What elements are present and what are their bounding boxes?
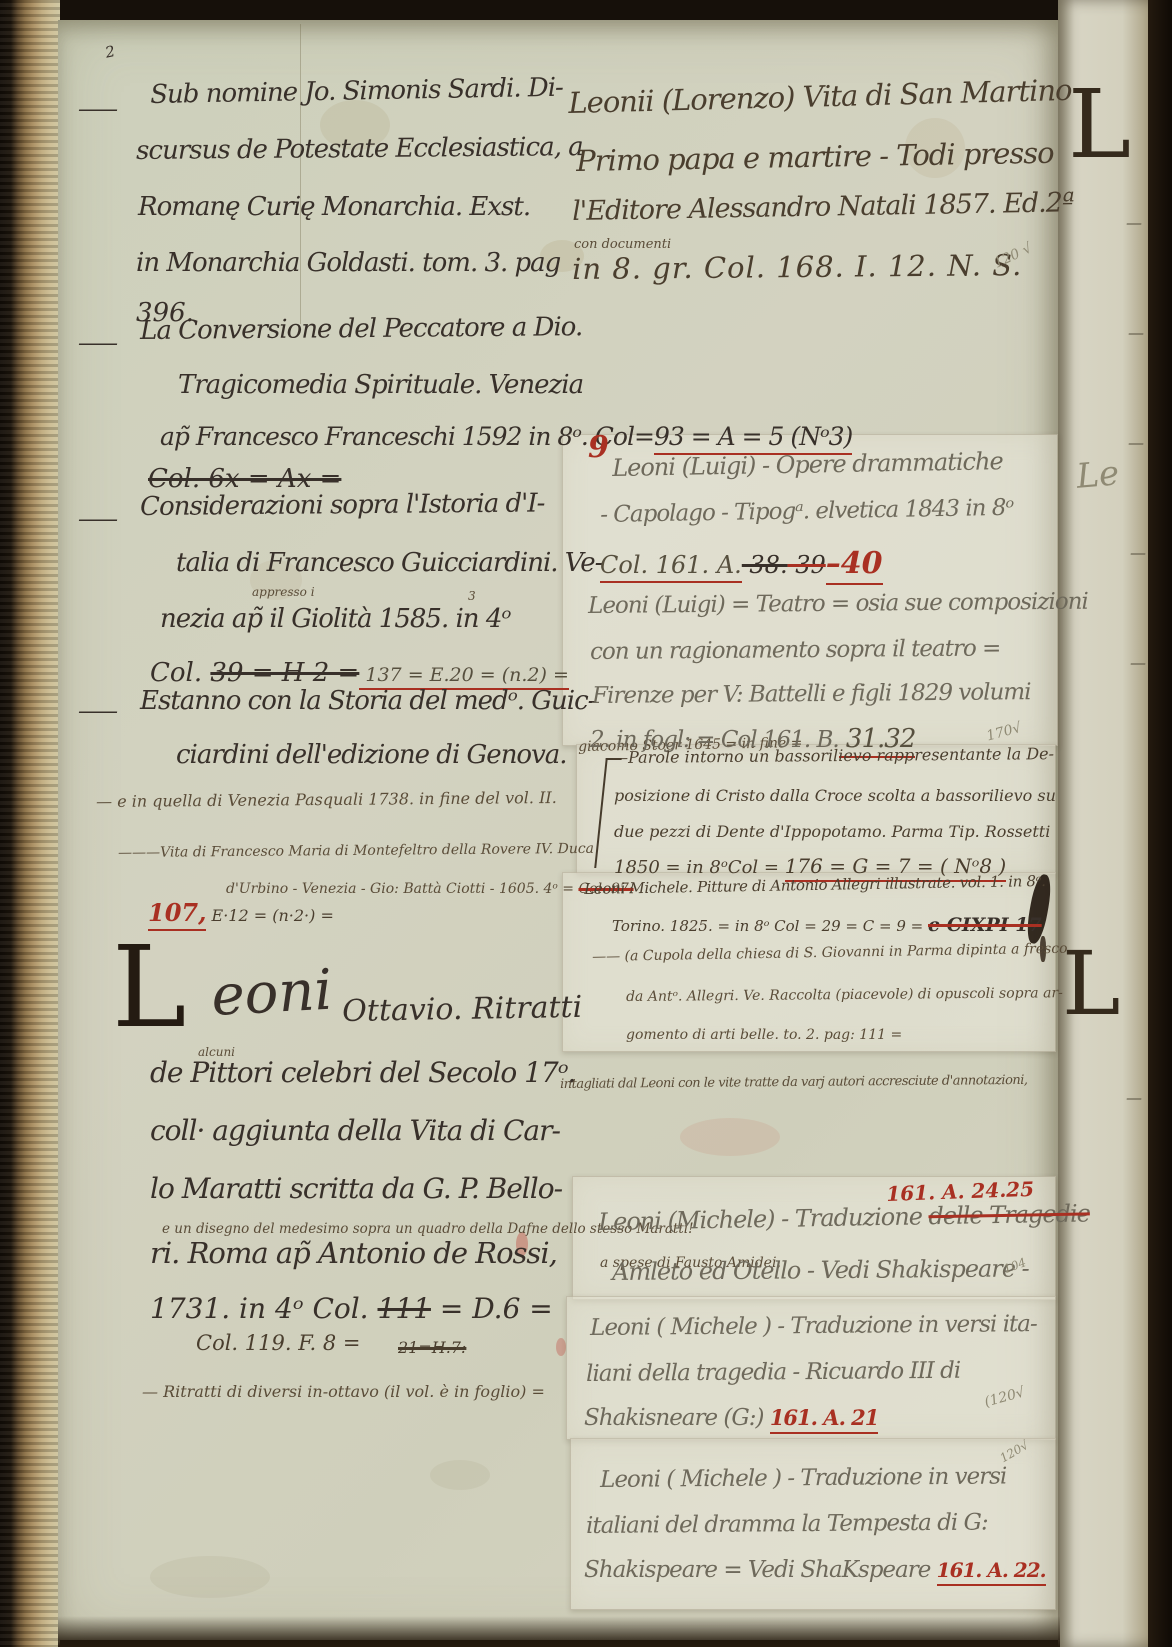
entry-michele-tempesta-shelfmarks-segment: 161. A. 22. (937, 1558, 1046, 1586)
entry-michele-ricardo-line: Leoni ( Michele ) - Traduzione in versi … (590, 1312, 1037, 1340)
entry-michele-tempesta-line: italiani del dramma la Tempesta di G: (586, 1510, 988, 1538)
entry-michele-tempesta-line: Leoni ( Michele ) - Traduzione in versi (600, 1464, 1006, 1492)
adjacent-page-scribble: Le (1075, 456, 1121, 495)
entry-parole-line: due pezzi di Dente d'Ippopotamo. Parma T… (614, 824, 1050, 841)
entry-michele-pitture-shelfmarks: Torino. 1825. = in 8ᵒ Col = 29 = C = 9 =… (612, 916, 1042, 936)
book-gutter (1148, 0, 1172, 1647)
entry-ottavio-shelfmarks-segment: 1731. in 4ᵒ Col. (150, 1292, 378, 1325)
entry-considerazioni-shelfmarks-segment: 39 = H 2 = (210, 658, 359, 688)
entry-ottavio-line: de Pittori celebri del Secolo 17ᵒ. (150, 1058, 575, 1087)
entry-vita-montefeltro-line: d'Urbino - Venezia - Gio: Battà Ciotti -… (226, 882, 634, 897)
entry-ottavio-line: lo Maratti scritta da G. P. Bello- (150, 1174, 562, 1203)
interlinear-note: con documenti (574, 238, 671, 252)
entry-dash: —— (78, 332, 114, 355)
entry-considerazioni-shelfmarks: Col. 39 = H 2 = 137 = E.20 = (n.2) = (150, 660, 569, 687)
entry-michele-ricardo-line: liani della tragedia - Ricuardo III di (586, 1359, 960, 1386)
entry-ottavio-shelfmarks: Col. 119. F. 8 = (196, 1332, 361, 1354)
adjacent-page-initial: L (1062, 938, 1120, 1030)
entry-considerazioni-line: talia di Francesco Guicciardini. Ve- (176, 550, 602, 577)
adjacent-page-tick: — (1130, 655, 1146, 672)
entry-estanno-line: Estanno con la Storia del medᵒ. Guic- (140, 688, 595, 715)
entry-cupola-line: gomento di arti belle. to. 2. pag: 111 = (626, 1028, 902, 1043)
entry-parole-line: posizione di Cristo dalla Croce scolta a… (614, 788, 1056, 805)
entry-conversione-line: ap̃ Francesco Franceschi 1592 in 8ᵒ. Col… (160, 424, 852, 450)
heading-leoni: eoni (210, 962, 334, 1027)
red-shelfmark-107-segment: E·12 = (n·2·) = (206, 906, 333, 925)
entry-lorenzo-line: Primo papa e martire - Todi presso (576, 138, 1054, 177)
entry-ritratti-diversi: — Ritratti di diversi in-ottavo (il vol.… (142, 1384, 545, 1401)
adjacent-page-tick: — (1130, 545, 1146, 562)
cancelled-shelfmark: 21=H.7: (398, 1340, 466, 1357)
entry-ottavio-line: ri. Roma ap̃ Antonio de Rossi, (150, 1238, 557, 1268)
paper-crease (300, 24, 301, 324)
entry-ottavio-shelfmarks-segment: = D.6 = (431, 1292, 553, 1325)
adjacent-page-initial: L (1068, 76, 1131, 176)
entry-considerazioni-line: Considerazioni sopra l'Istoria d'I- (140, 490, 545, 521)
entry-michele-tempesta-shelfmarks: Shakispeare = Vedi ShaKspeare 161. A. 22… (584, 1558, 1046, 1582)
entry-considerazioni-line: nezia ap̃ il Giolità 1585. in 4ᵒ (160, 606, 510, 633)
adjacent-page-tick: — (1128, 325, 1144, 342)
adjacent-page-tick: — (1126, 1090, 1142, 1107)
drop-cap-L: L (112, 930, 186, 1048)
entry-dash: —— (78, 700, 114, 723)
entry-ottavio-line: coll· aggiunta della Vita di Car- (150, 1116, 560, 1145)
entry-dash: —— (78, 508, 114, 531)
adjacent-page-sliver (1058, 0, 1150, 1647)
paper-stain (150, 1556, 270, 1598)
entry-michele-ricardo-shelfmarks-segment: Shakisneare (G:) (584, 1405, 770, 1431)
manuscript-scan: 2——Sub nomine Jo. Simonis Sardi. Di-scur… (0, 0, 1172, 1647)
entry-luigi-opere-shelfmarks-segment: 38. (742, 551, 788, 579)
interlinear-note: appresso i (252, 586, 315, 599)
page-bottom-shadow (58, 1616, 1060, 1647)
entry-michele-tragedie-line-segment: delle Tragedie (928, 1199, 1090, 1230)
entry-michele-ricardo-shelfmarks-segment: 161. A. 21 (770, 1405, 879, 1434)
entry-conversione-line: La Conversione del Peccatore a Dio. (140, 314, 582, 345)
paper-stain (556, 1338, 566, 1356)
adjacent-page-tick: — (1126, 215, 1142, 232)
entry-conversione-line-segment: ap̃ Francesco Franceschi 1592 in 8ᵒ. Col… (160, 422, 654, 451)
entry-parole-line: —Parole intorno un bassorilievo rapprese… (612, 746, 1054, 767)
entry-michele-tempesta-shelfmarks-segment: Shakispeare = Vedi ShaKspeare (584, 1557, 937, 1583)
interlinear-note: 3 (468, 590, 476, 603)
entry-luigi-opere-shelfmarks: Col. 161. A. 38. 39–40 (600, 548, 883, 580)
heading-ottavio: Ottavio. Ritratti (342, 992, 582, 1028)
entry-luigi-opere-shelfmarks-segment: 39 (788, 551, 826, 579)
entry-vita-montefeltro-line-segment: d'Urbino - Venezia - Gio: Battà Ciotti -… (226, 881, 578, 897)
entry-sardi-line: Romanę Curię Monarchia. Exst. (138, 194, 530, 221)
entry-parole-shelfmarks-segment: 1850 = in 8ᵒCol = (614, 857, 785, 878)
entry-estanno-line: ciardini dell'edizione di Genova. (176, 742, 567, 769)
entry-luigi-teatro-line: Leoni (Luigi) = Teatro = osia sue compos… (588, 590, 1088, 619)
entry-ottavio-shelfmarks-segment: 111 (378, 1292, 431, 1325)
entry-luigi-teatro-line: Firenze per V: Battelli e figli 1829 vol… (592, 680, 1031, 708)
entry-michele-tragedie-line-segment: Leoni (Michele) - Traduzione (598, 1202, 929, 1236)
entry-sardi-line: in Monarchia Goldasti. tom. 3. pag (136, 250, 560, 277)
entry-luigi-opere-shelfmarks-segment: Col. 161. A. (600, 551, 742, 583)
entry-luigi-teatro-line: con un ragionamento sopra il teatro = (590, 636, 1000, 664)
entry-dash: —— (78, 98, 114, 121)
entry-lorenzo-line: in 8. gr. Col. 168. I. 12. N. S. (572, 250, 1022, 284)
entry-michele-pitture-shelfmarks-segment: e CIXPI 17 (928, 914, 1042, 936)
entry-conversione-cancelled: Col. 6x = Ax = (148, 466, 341, 493)
red-correction-9: 9 (588, 432, 609, 464)
cancelled-shelfmark-segment: 21=H.7: (398, 1338, 466, 1357)
entry-michele-ricardo-shelfmarks: Shakisneare (G:) 161. A. 21 (584, 1406, 878, 1430)
entry-michele-pitture-shelfmarks-segment: Torino. 1825. = in 8ᵒ Col = 29 = C = 9 = (612, 917, 928, 935)
paper-stain (680, 1118, 780, 1156)
entry-sardi-line: scursus de Potestate Ecclesiastica, a (136, 134, 583, 165)
entry-conversione-line: Tragicomedia Spirituale. Venezia (178, 372, 583, 399)
book-page-edges-left (0, 0, 60, 1647)
entry-michele-tragedie-line: Amleto ed Otello - Vedi Shakispeare - (612, 1256, 1029, 1285)
entry-luigi-opere-shelfmarks-segment: –40 (826, 546, 883, 585)
entry-considerazioni-shelfmarks-segment: Col. (150, 658, 210, 688)
paper-stain (430, 1460, 490, 1490)
adjacent-page-tick: — (1128, 435, 1144, 452)
entry-ottavio-shelfmarks: 1731. in 4ᵒ Col. 111 = D.6 = (150, 1294, 553, 1323)
